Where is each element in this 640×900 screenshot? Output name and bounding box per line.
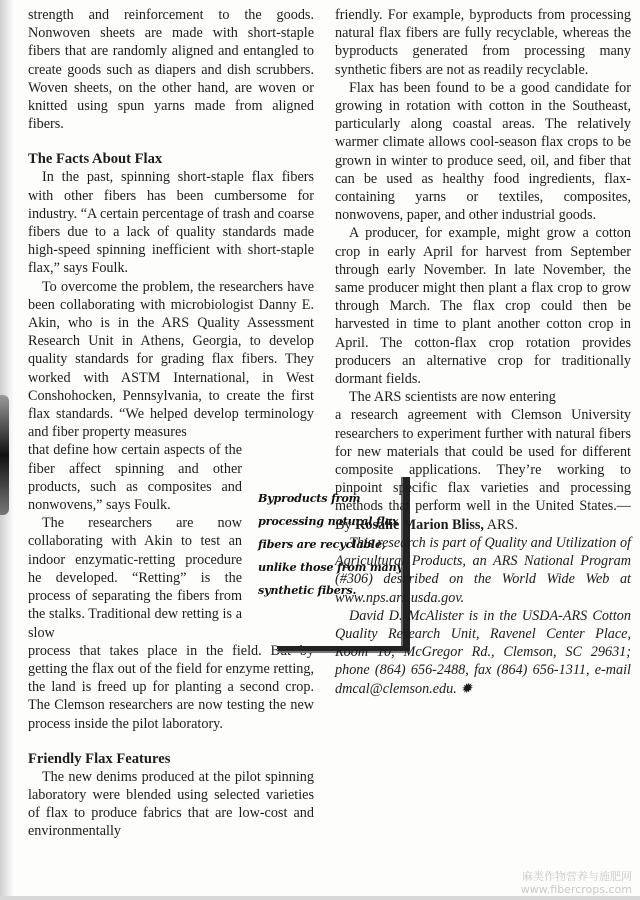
paragraph: The new denims produced at the pilot spi… [28,768,314,841]
section-heading-friendly-flax-features: Friendly Flax Features [28,750,314,768]
section-heading-facts-about-flax: The Facts About Flax [28,150,314,168]
author-org: ARS. [484,517,518,533]
paragraph: that define how certain aspects of the f… [28,441,242,514]
watermark-cn: 麻类作物营养与施肥网 [521,870,632,883]
paragraph: A producer, for example, might grow a co… [335,224,631,388]
paragraph: The researchers are now collaborating wi… [28,514,242,641]
paragraph: strength and reinforcement to the goods.… [28,6,314,133]
binding-shadow [0,395,9,515]
end-mark-icon: ✹ [460,681,472,697]
author-name: Rosalie Marion Bliss, [355,517,484,533]
paragraph: friendly. For example, byproducts from p… [335,6,631,79]
paragraph: a research agreement with Clemson Univer… [335,406,631,533]
page-bottom-edge [0,896,640,900]
paragraph: To overcome the problem, the researchers… [28,278,314,442]
right-column: friendly. For example, byproducts from p… [335,6,631,698]
paragraph: The ARS scientists are now entering [335,388,631,406]
watermark: 麻类作物营养与施肥网 www.fibercrops.com [521,870,632,896]
paragraph: process that takes place in the field. B… [28,642,314,733]
paragraph: In the past, spinning short-staple flax … [28,168,314,277]
left-column: strength and reinforcement to the goods.… [28,6,314,841]
watermark-url: www.fibercrops.com [521,883,632,896]
contact-note: David D. McAlister is in the USDA-ARS Co… [335,607,631,698]
paragraph-text: a research agreement with Clemson Univer… [335,407,631,532]
contact-text: David D. McAlister is in the USDA-ARS Co… [335,608,631,697]
paragraph: Flax has been found to be a good candida… [335,79,631,225]
program-note: This research is part of Quality and Uti… [335,534,631,607]
